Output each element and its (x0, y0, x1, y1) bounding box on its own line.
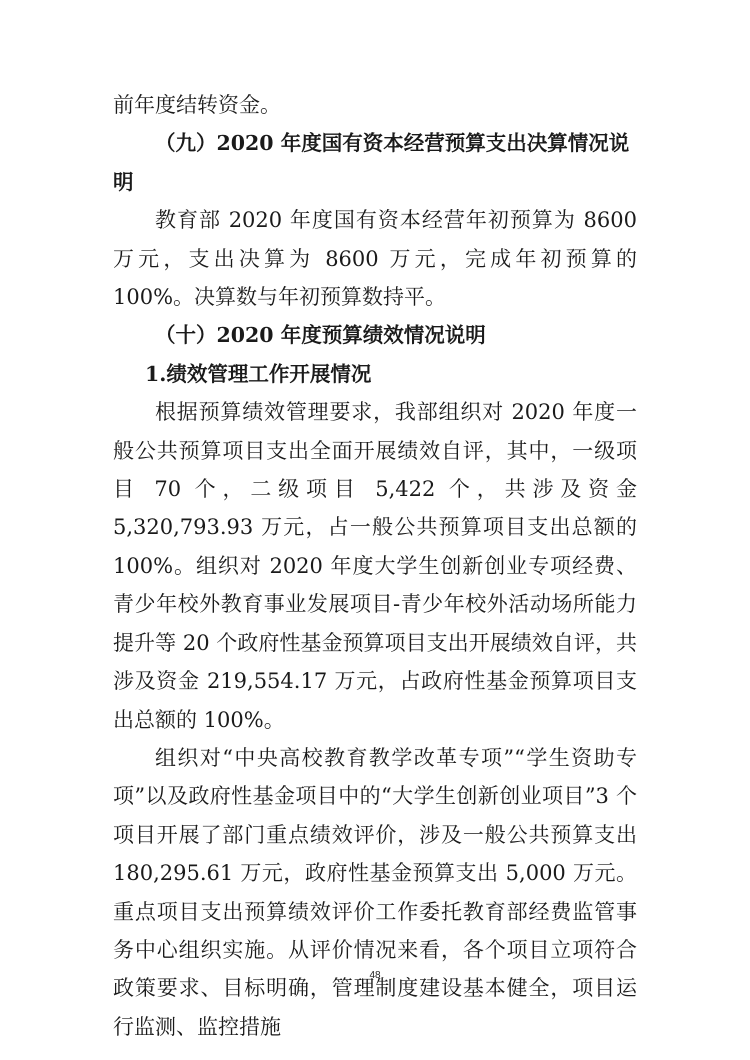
paragraph-carryover: 前年度结转资金。 (113, 86, 637, 124)
subheading-performance-management: 1.绩效管理工作开展情况 (113, 355, 637, 393)
section-heading-9: （九）2020 年度国有资本经营预算支出决算情况说明 (113, 124, 637, 201)
paragraph-self-evaluation: 根据预算绩效管理要求，我部组织对 2020 年度一般公共预算项目支出全面开展绩效… (113, 393, 637, 739)
paragraph-key-evaluation: 组织对“中央高校教育教学改革专项”“学生资助专项”以及政府性基金项目中的“大学生… (113, 739, 637, 1046)
page-number: 48 (0, 970, 750, 981)
paragraph-state-capital-budget: 教育部 2020 年度国有资本经营年初预算为 8600 万元，支出决算为 860… (113, 201, 637, 316)
document-page: 前年度结转资金。 （九）2020 年度国有资本经营预算支出决算情况说明 教育部 … (113, 86, 637, 1046)
section-heading-10: （十）2020 年度预算绩效情况说明 (113, 316, 637, 354)
